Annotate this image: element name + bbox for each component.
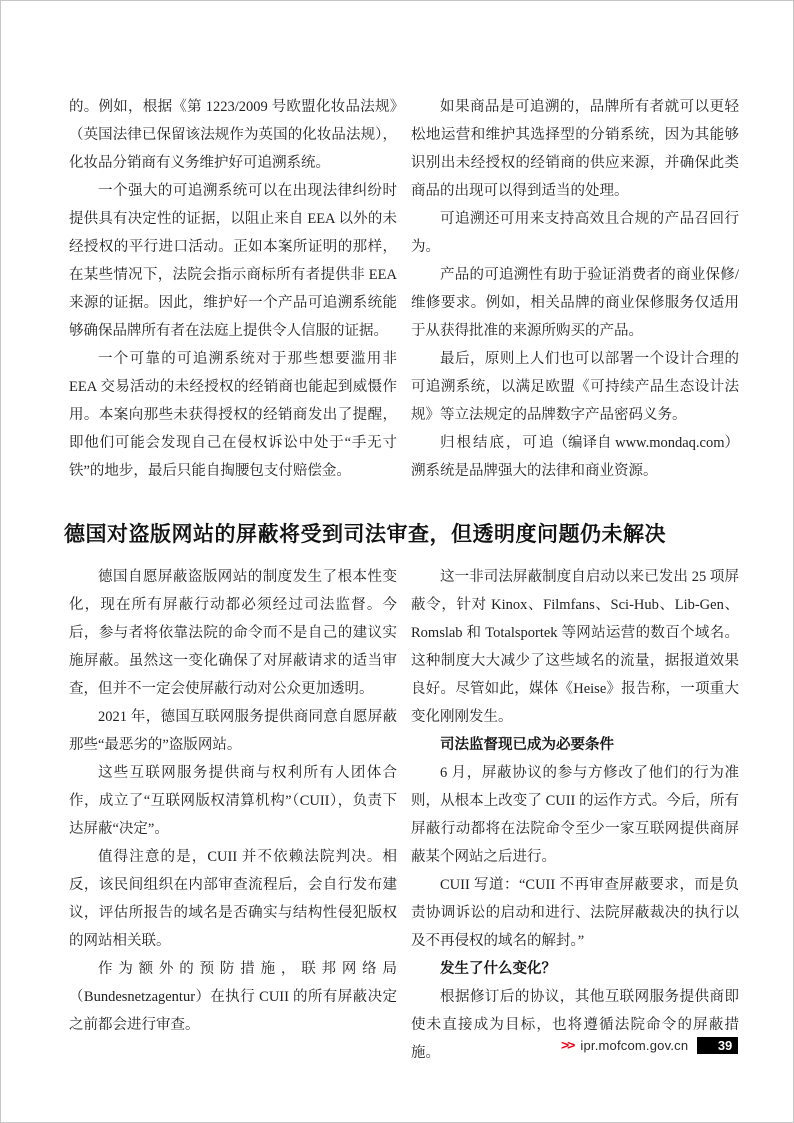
article2-subheading-judicial-oversight: 司法监督现已成为必要条件 bbox=[411, 731, 739, 759]
article1-right-column: 如果商品是可追溯的，品牌所有者就可以更轻松地运营和维护其选择型的分销系统，因为其… bbox=[411, 93, 739, 485]
article2-left-paragraph: 德国自愿屏蔽盗版网站的制度发生了根本性变化，现在所有屏蔽行动都必须经过司法监督。… bbox=[69, 563, 397, 703]
document-page: 的。例如，根据《第 1223/2009 号欧盟化妆品法规》（英国法律已保留该法规… bbox=[0, 0, 794, 1123]
article1-left-paragraph: 一个可靠的可追溯系统对于那些想要滥用非 EEA 交易活动的未经授权的经销商也能起… bbox=[69, 345, 397, 485]
article1-left-column: 的。例如，根据《第 1223/2009 号欧盟化妆品法规》（英国法律已保留该法规… bbox=[69, 93, 397, 485]
page-footer: >> ipr.mofcom.gov.cn 39 bbox=[561, 1035, 741, 1055]
article1-right-paragraph: 产品的可追溯性有助于验证消费者的商业保修/维修要求。例如，相关品牌的商业保修服务… bbox=[411, 261, 739, 345]
article2-left-paragraph: 2021 年，德国互联网服务提供商同意自愿屏蔽那些“最恶劣的”盗版网站。 bbox=[69, 703, 397, 759]
article2-left-paragraph: 作为额外的预防措施，联邦网络局（Bundesnetzagentur）在执行 CU… bbox=[69, 955, 397, 1039]
article1-right-paragraph: 最后，原则上人们也可以部署一个设计合理的可追溯系统，以满足欧盟《可持续产品生态设… bbox=[411, 345, 739, 429]
article2-right-paragraph: 这一非司法屏蔽制度自启动以来已发出 25 项屏蔽令，针对 Kinox、Filmf… bbox=[411, 563, 739, 731]
article2-right-column: 这一非司法屏蔽制度自启动以来已发出 25 项屏蔽令，针对 Kinox、Filmf… bbox=[411, 563, 739, 1067]
article2-right-paragraph: CUII 写道：“CUII 不再审查屏蔽要求，而是负责协调诉讼的启动和进行、法院… bbox=[411, 871, 739, 955]
article2-subheading-what-changed: 发生了什么变化？ bbox=[411, 955, 739, 983]
article1-left-paragraph: 一个强大的可追溯系统可以在出现法律纠纷时提供具有决定性的证据，以阻止来自 EEA… bbox=[69, 177, 397, 345]
article1-source-credit: （编译自 www.mondaq.com） bbox=[553, 429, 739, 457]
article2-left-column: 德国自愿屏蔽盗版网站的制度发生了根本性变化，现在所有屏蔽行动都必须经过司法监督。… bbox=[69, 563, 397, 1067]
footer-site-url: ipr.mofcom.gov.cn bbox=[580, 1038, 688, 1053]
article2-right-paragraph: 6 月，屏蔽协议的参与方修改了他们的行为准则，从根本上改变了 CUII 的运作方… bbox=[411, 759, 739, 871]
article2-left-paragraph: 这些互联网服务提供商与权利所有人团体合作，成立了“互联网版权清算机构”（CUII… bbox=[69, 759, 397, 843]
article1-right-paragraph: 如果商品是可追溯的，品牌所有者就可以更轻松地运营和维护其选择型的分销系统，因为其… bbox=[411, 93, 739, 205]
page-number-badge: 39 bbox=[697, 1037, 738, 1054]
article1-right-paragraph: 可追溯还可用来支持高效且合规的产品召回行为。 bbox=[411, 205, 739, 261]
article2-title: 德国对盗版网站的屏蔽将受到司法审查，但透明度问题仍未解决 bbox=[64, 520, 754, 550]
article1-columns: 的。例如，根据《第 1223/2009 号欧盟化妆品法规》（英国法律已保留该法规… bbox=[69, 93, 739, 485]
article2-columns: 德国自愿屏蔽盗版网站的制度发生了根本性变化，现在所有屏蔽行动都必须经过司法监督。… bbox=[69, 563, 739, 1067]
article1-closing-paragraph: （编译自 www.mondaq.com）归根结底，可追溯系统是品牌强大的法律和商… bbox=[411, 429, 739, 485]
article1-left-paragraph: 的。例如，根据《第 1223/2009 号欧盟化妆品法规》（英国法律已保留该法规… bbox=[69, 93, 397, 177]
double-chevron-icon: >> bbox=[561, 1038, 573, 1052]
article2-left-paragraph: 值得注意的是，CUII 并不依赖法院判决。相反，该民间组织在内部审查流程后，会自… bbox=[69, 843, 397, 955]
